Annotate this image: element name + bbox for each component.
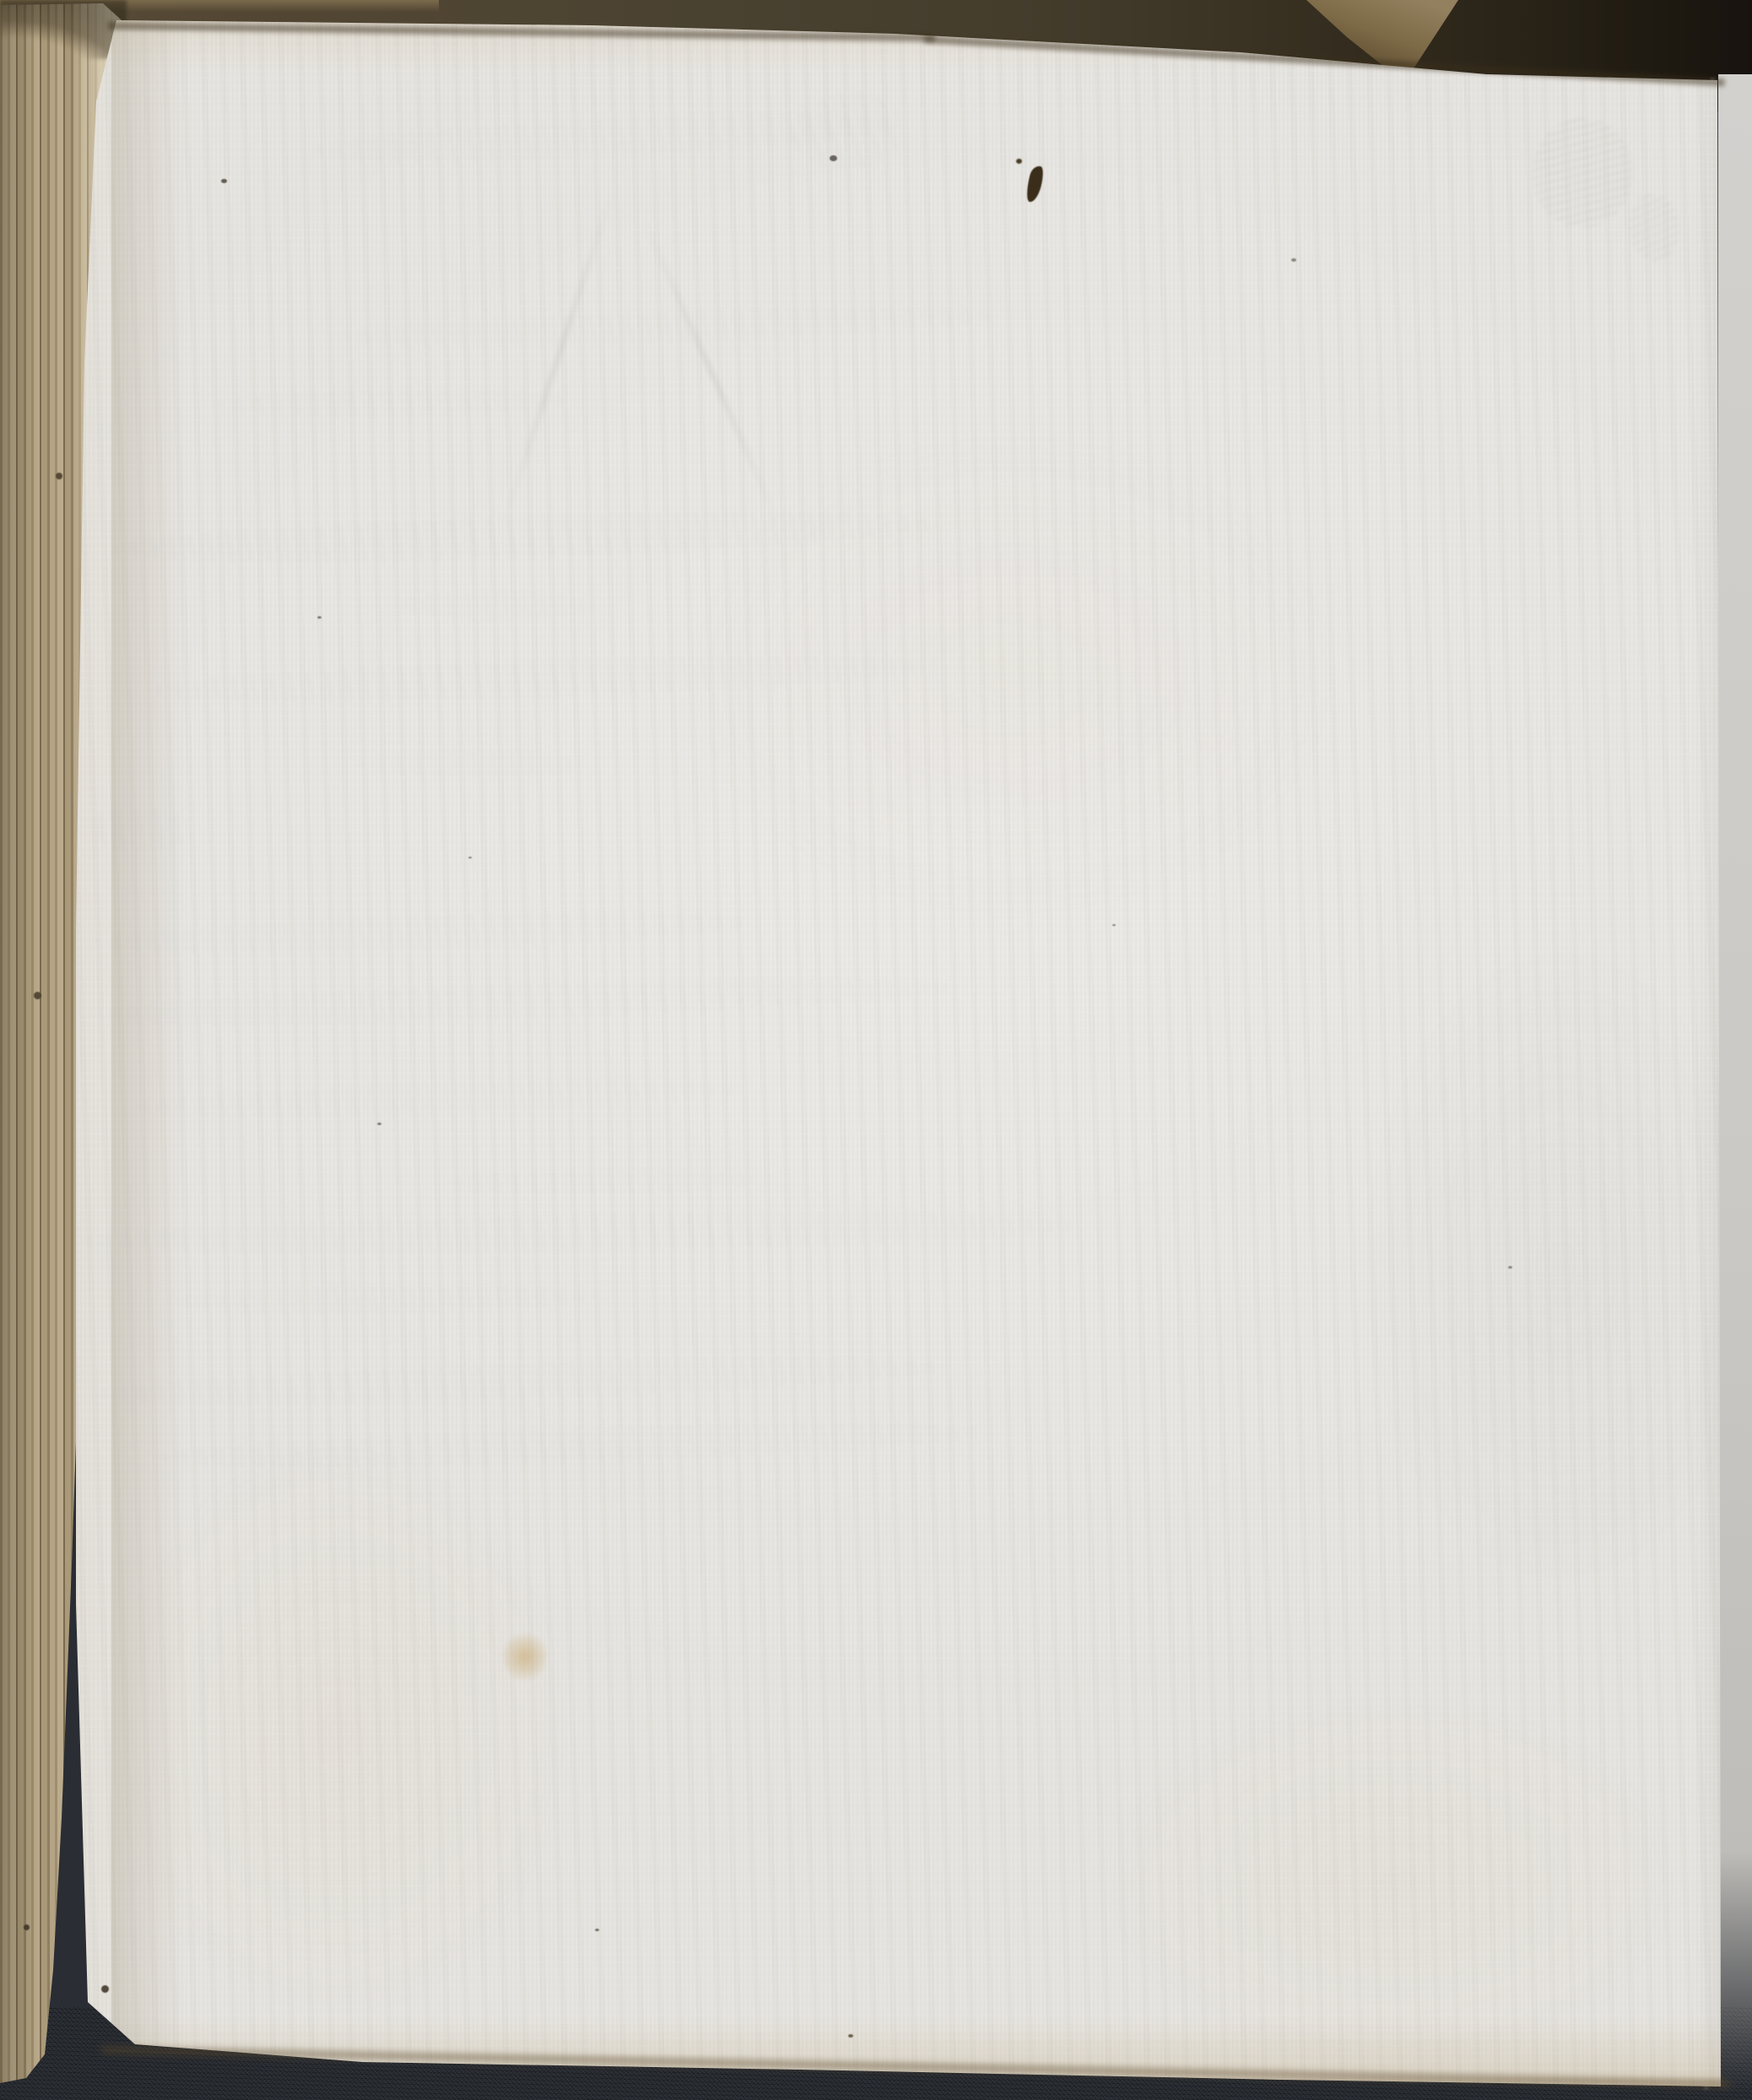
ghost-writing-line [788, 85, 907, 176]
ghost-writing-line [215, 385, 579, 419]
paper-speck [317, 616, 322, 619]
ghost-writing-line [359, 750, 587, 778]
ink-speck [1016, 159, 1022, 164]
ghost-pen-flourish [1527, 113, 1639, 233]
ghost-writing-line [114, 502, 942, 571]
paper-speck [1508, 1266, 1512, 1269]
paper-crease [641, 216, 781, 526]
paper-speck [377, 1123, 381, 1125]
facing-page-edge-strip [1718, 74, 1752, 2093]
stack-speck [34, 992, 41, 999]
paper-speck [1291, 258, 1296, 262]
page-artifacts [0, 0, 1752, 2100]
ghost-writing-line [97, 1348, 950, 1413]
ghost-writing-line [84, 968, 963, 1034]
ghost-writing-line [329, 299, 1005, 355]
ink-blot [1024, 165, 1046, 204]
paper-speck [468, 857, 472, 858]
ghost-writing-line [152, 647, 929, 711]
ghost-writing-line [169, 1281, 600, 1318]
stack-speck [101, 1985, 109, 1993]
ghost-writing-line [397, 591, 599, 621]
ghost-writing-line [447, 1166, 760, 1197]
paper-speck [848, 2034, 853, 2038]
ghost-writing-line [84, 809, 194, 851]
paper-crease [502, 186, 616, 524]
ghost-writing-line [80, 1207, 1085, 1260]
ghost-writing-line [97, 904, 756, 961]
stack-speck [56, 473, 62, 479]
ghost-pen-flourish [1626, 192, 1681, 263]
paper-speck [221, 179, 227, 183]
stack-speck [24, 1924, 30, 1930]
paper-speck [830, 155, 837, 161]
paper-stain [503, 1632, 547, 1681]
paper-speck [1112, 924, 1116, 926]
ghost-writing-line [131, 1071, 748, 1124]
ghost-writing-line [156, 1414, 992, 1477]
manuscript-scan [0, 0, 1752, 2100]
book-page [0, 0, 1752, 2100]
paper-speck [595, 1929, 599, 1931]
